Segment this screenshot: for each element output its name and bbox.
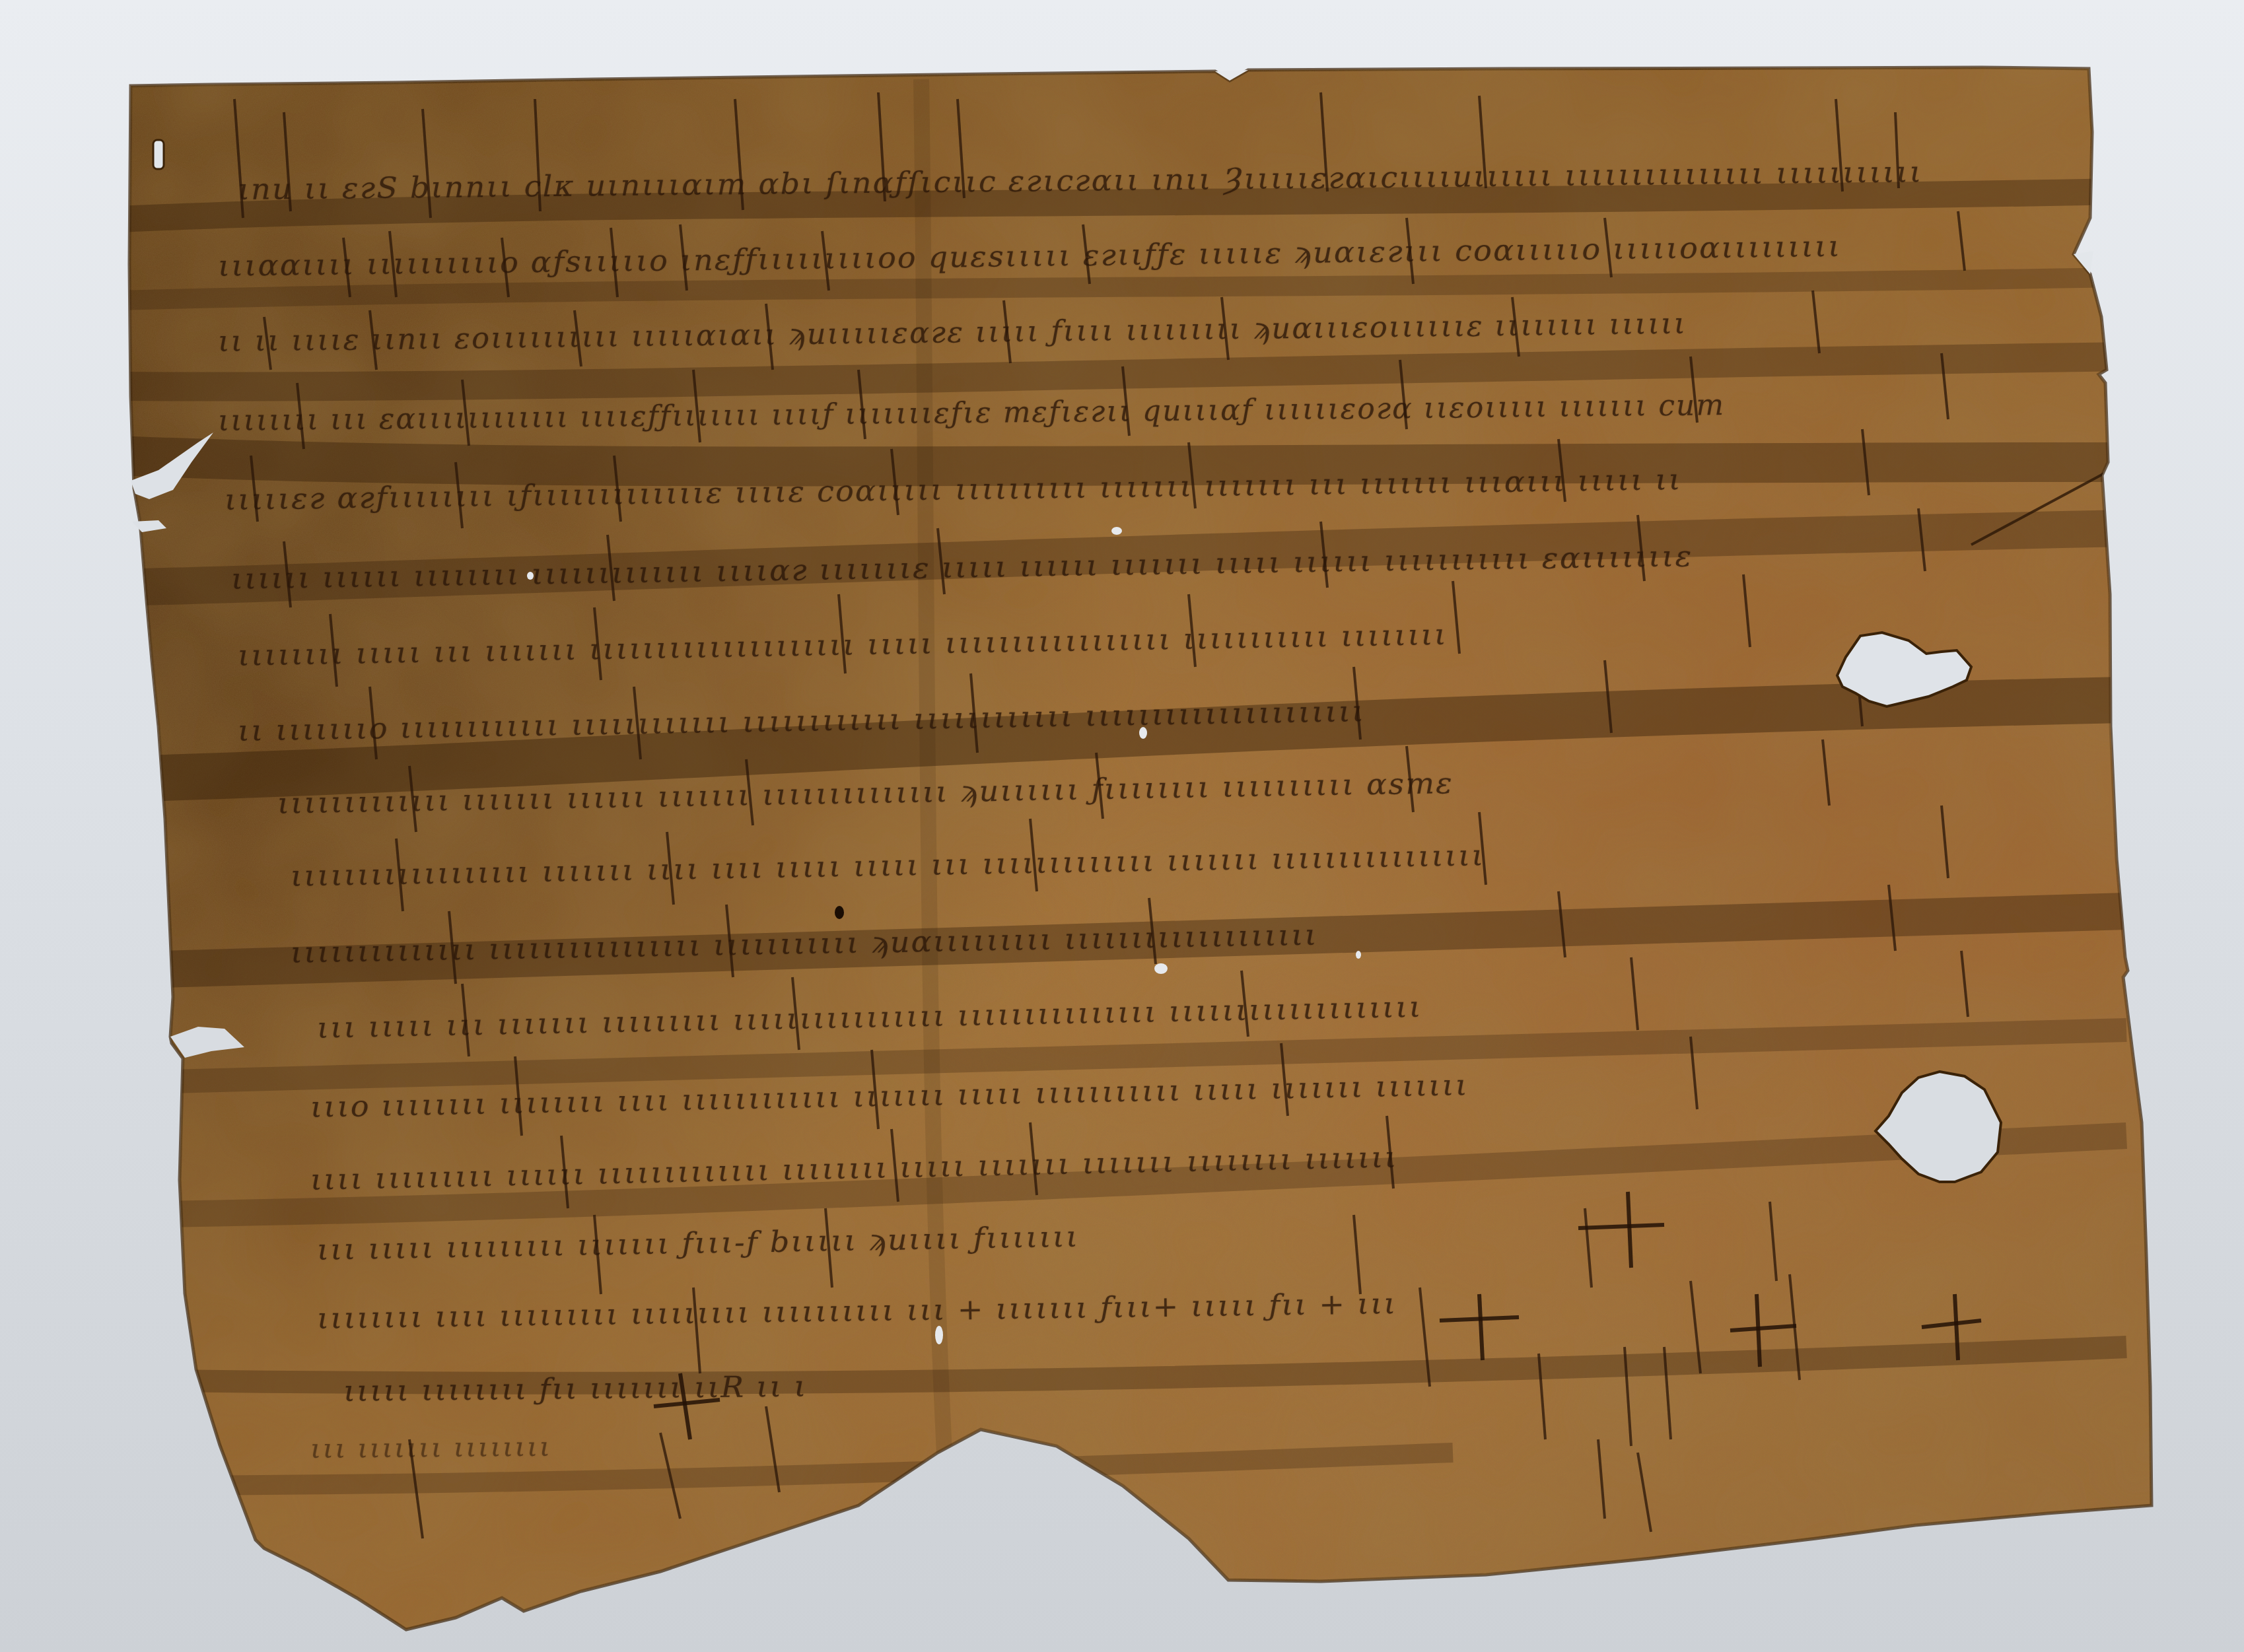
text-line-17: ιιιιι ιιιιιιιι ƒιι ιιιιιιι ιιR ιι ι bbox=[343, 1370, 808, 1408]
text-line-11: ιιιιιιιιιιιιιι ιιιιιιιιιιιιιιιι ιιιιιιιι… bbox=[291, 918, 1319, 970]
text-line-1: ιnu ιι εгЅ bιnnιι ϲlκ uιnιιιαιт αbι ſιnα… bbox=[238, 155, 1923, 207]
text-line-6: ιιιιιι ιιιιιι ιιιιιιιι ιιιιιιιιιιιιι ιιι… bbox=[231, 539, 1693, 596]
manuscript-text: ιnu ιι εгЅ bιnnιι ϲlκ uιnιιιαιт αbι ſιnα… bbox=[0, 0, 2244, 1652]
text-line-9: ιιιιιιιιιιιιι ιιιιιιι ιιιιιι ιιιιιιι ιιι… bbox=[277, 767, 1454, 821]
text-line-5: ιιιιιεг αгƒιιιιιιιι ιƒιιιιιιιιιιιιιε ιιι… bbox=[225, 463, 1682, 517]
text-line-8: ιι ιιιιιιιο ιιιιιιιιιιιι ιιιιιιιιιιιι ιι… bbox=[238, 695, 1366, 748]
text-line-15-subscriptions: ιιι ιιιιι ιιιιιιιιι ιιιιιιι ƒιιι-ƒ bιιιι… bbox=[317, 1220, 1080, 1267]
text-line-12: ιιι ιιιιι ιιι ιιιιιιι ιιιιιιιιι ιιιιιιιι… bbox=[317, 990, 1423, 1045]
text-line-7: ιιιιιιιι ιιιιι ιιι ιιιιιιι ιιιιιιιιιιιιι… bbox=[238, 618, 1448, 673]
text-line-3: ιι ιι ιιιιε ιιnιι εοιιιιιιιιιι ιιιιιαιαι… bbox=[218, 307, 1687, 359]
text-line-13: ιιιο ιιιιιιιι ιιιιιιιι ιιιι ιιιιιιιιιιιι… bbox=[310, 1068, 1469, 1124]
text-line-4: ιιιιιιιι ιιι εαιιιιιιιιιιιι ιιιιεƒƒιιιιι… bbox=[218, 388, 1726, 438]
text-line-16-subscriptions: ιιιιιιιι ιιιι ιιιιιιιιι ιιιιιιιιι ιιιιιι… bbox=[317, 1287, 1397, 1336]
text-line-18: ιιι ιιιιιιι ιιιιιιιι bbox=[310, 1432, 552, 1464]
photo-stage: ιnu ιι εгЅ bιnnιι ϲlκ uιnιιιαιт αbι ſιnα… bbox=[0, 0, 2244, 1652]
text-line-2: ιιιααιιιι ιιιιιιιιιιο αƒsιιιιιο ιnεƒƒιιι… bbox=[218, 230, 1842, 283]
text-line-10: ιιιιιιιιιιιιιιιιιι ιιιιιιι ιιιι ιιιι ιιι… bbox=[291, 839, 1485, 893]
text-line-14: ιιιι ιιιιιιιιι ιιιιιι ιιιιιιιιιιιιι ιιιι… bbox=[310, 1141, 1398, 1197]
